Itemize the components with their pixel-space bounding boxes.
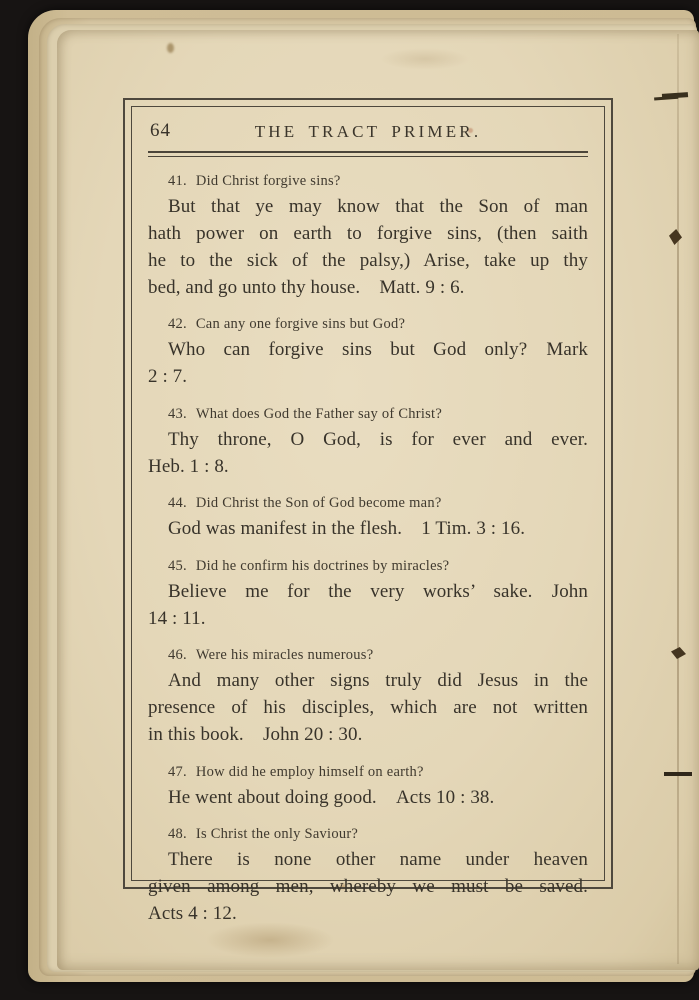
question-number: 46. xyxy=(168,647,187,663)
page-header: 64 THE TRACT PRIMER. xyxy=(148,120,588,146)
header-double-rule xyxy=(148,151,588,157)
question-text: Can any one forgive sins but God? xyxy=(196,316,405,332)
question-text: How did he employ himself on earth? xyxy=(196,764,424,780)
answer-line: And many other signs truly did Jesus in … xyxy=(148,667,588,694)
question: 42.Can any one forgive sins but God? xyxy=(148,315,588,333)
question-text: Is Christ the only Saviour? xyxy=(196,826,358,842)
question-number: 48. xyxy=(168,826,187,842)
question: 46.Were his miracles numerous? xyxy=(148,646,588,664)
qa-entry-48: 48.Is Christ the only Saviour? There is … xyxy=(148,825,588,927)
answer-line: Acts 4 : 12. xyxy=(148,900,588,927)
answer-line: 2 : 7. xyxy=(148,363,588,390)
paper-stain xyxy=(380,48,470,70)
printed-border-frame: 64 THE TRACT PRIMER. 41.Did Christ forgi… xyxy=(123,98,613,889)
question-text: What does God the Father say of Christ? xyxy=(196,406,442,422)
qa-entry-44: 44.Did Christ the Son of God become man?… xyxy=(148,494,588,542)
qa-entry-47: 47.How did he employ himself on earth? H… xyxy=(148,763,588,811)
answer-line: hath power on earth to forgive sins, (th… xyxy=(148,220,588,247)
question-text: Did he confirm his doctrines by miracles… xyxy=(196,558,449,574)
question-number: 43. xyxy=(168,406,187,422)
question: 45.Did he confirm his doctrines by mirac… xyxy=(148,557,588,575)
answer-line: Thy throne, O God, is for ever and ever. xyxy=(148,426,588,453)
answer: Believe me for the very works’ sake. Joh… xyxy=(148,578,588,632)
question-text: Did Christ forgive sins? xyxy=(196,173,341,189)
answer-line: Who can forgive sins but God only? Mark xyxy=(148,336,588,363)
question: 47.How did he employ himself on earth? xyxy=(148,763,588,781)
answer: There is none other name under heavengiv… xyxy=(148,846,588,927)
answer-line: in this book. John 20 : 30. xyxy=(148,721,588,748)
answer: Who can forgive sins but God only? Mark2… xyxy=(148,336,588,390)
question-number: 47. xyxy=(168,764,187,780)
qa-entry-41: 41.Did Christ forgive sins? But that ye … xyxy=(148,172,588,301)
stitch-mark xyxy=(664,772,692,776)
answer-line: he to the sick of the palsy,) Arise, tak… xyxy=(148,247,588,274)
ink-speck xyxy=(167,43,174,53)
question-number: 45. xyxy=(168,558,187,574)
question: 41.Did Christ forgive sins? xyxy=(148,172,588,190)
question-number: 44. xyxy=(168,495,187,511)
question-text: Did Christ the Son of God become man? xyxy=(196,495,442,511)
printed-border-frame-inner: 64 THE TRACT PRIMER. 41.Did Christ forgi… xyxy=(131,106,605,881)
question: 48.Is Christ the only Saviour? xyxy=(148,825,588,843)
question-number: 42. xyxy=(168,316,187,332)
question: 43.What does God the Father say of Chris… xyxy=(148,405,588,423)
page-title: THE TRACT PRIMER. xyxy=(148,122,588,142)
answer-line: God was manifest in the flesh. 1 Tim. 3 … xyxy=(148,515,588,542)
answer: He went about doing good. Acts 10 : 38. xyxy=(148,784,588,811)
answer: Thy throne, O God, is for ever and ever.… xyxy=(148,426,588,480)
answer-line: bed, and go unto thy house. Matt. 9 : 6. xyxy=(148,274,588,301)
answer: But that ye may know that the Son of man… xyxy=(148,193,588,301)
question-number: 41. xyxy=(168,173,187,189)
paper-stain xyxy=(205,922,335,958)
answer-line: Believe me for the very works’ sake. Joh… xyxy=(148,578,588,605)
answer: God was manifest in the flesh. 1 Tim. 3 … xyxy=(148,515,588,542)
qa-entry-46: 46.Were his miracles numerous? And many … xyxy=(148,646,588,748)
answer-line: Heb. 1 : 8. xyxy=(148,453,588,480)
qa-entry-42: 42.Can any one forgive sins but God? Who… xyxy=(148,315,588,390)
question: 44.Did Christ the Son of God become man? xyxy=(148,494,588,512)
qa-list: 41.Did Christ forgive sins? But that ye … xyxy=(148,172,588,928)
answer-line: 14 : 11. xyxy=(148,605,588,632)
answer-line: He went about doing good. Acts 10 : 38. xyxy=(148,784,588,811)
answer-line: presence of his disciples, which are not… xyxy=(148,694,588,721)
answer-line: given among men, whereby we must be save… xyxy=(148,873,588,900)
qa-entry-45: 45.Did he confirm his doctrines by mirac… xyxy=(148,557,588,632)
binding-crease xyxy=(677,34,679,964)
answer-line: There is none other name under heaven xyxy=(148,846,588,873)
qa-entry-43: 43.What does God the Father say of Chris… xyxy=(148,405,588,480)
question-text: Were his miracles numerous? xyxy=(196,647,374,663)
answer-line: But that ye may know that the Son of man xyxy=(148,193,588,220)
answer: And many other signs truly did Jesus in … xyxy=(148,667,588,748)
